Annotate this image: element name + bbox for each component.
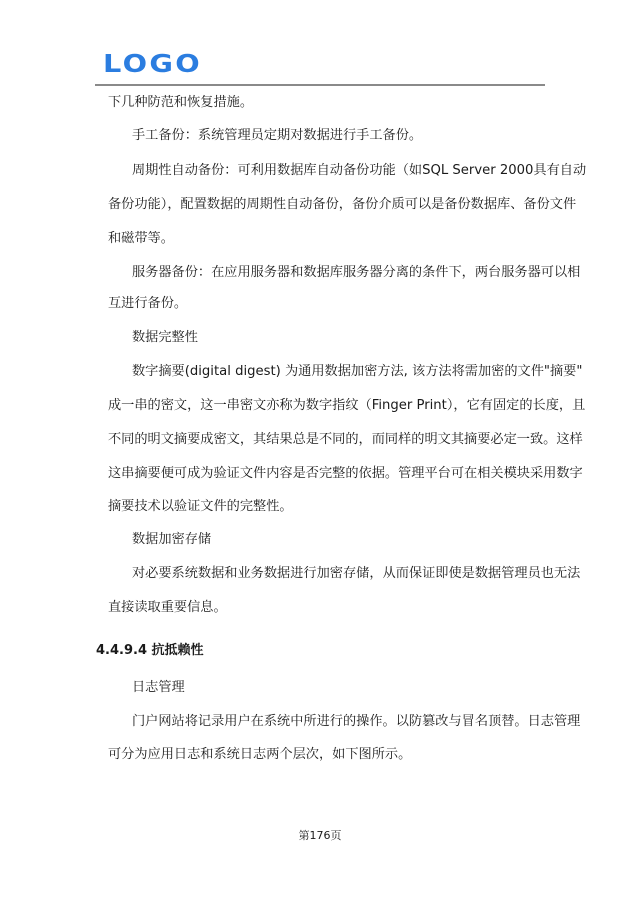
paragraph-line: 摘要技术以验证文件的完整性。 — [108, 499, 293, 515]
section-heading: 4.4.9.4 抗抵赖性 — [96, 639, 204, 658]
paragraph-line: 门户网站将记录用户在系统中所进行的操作。以防篡改与冒名顶替。日志管理 — [132, 714, 580, 730]
header-divider — [95, 84, 545, 86]
page-number: 第176页 — [0, 827, 640, 843]
paragraph-line: 服务器备份：在应用服务器和数据库服务器分离的条件下，两台服务器可以相 — [132, 265, 580, 281]
paragraph-line: 对必要系统数据和业务数据进行加密存储，从而保证即使是数据管理员也无法 — [132, 566, 580, 582]
paragraph-line: 周期性自动备份：可利用数据库自动备份功能（如SQL Server 2000具有自… — [132, 163, 586, 179]
paragraph-line: 直接读取重要信息。 — [108, 600, 227, 616]
paragraph-line: 备份功能），配置数据的周期性自动备份，备份介质可以是备份数据库、备份文件 — [108, 197, 576, 213]
subheading-log-management: 日志管理 — [132, 680, 185, 696]
subheading-data-integrity: 数据完整性 — [132, 330, 198, 346]
logo: LOGO — [103, 51, 202, 77]
paragraph-line: 这串摘要便可成为验证文件内容是否完整的依据。管理平台可在相关模块采用数字 — [108, 466, 583, 482]
paragraph-line: 数字摘要(digital digest) 为通用数据加密方法, 该方法将需加密的… — [132, 364, 582, 380]
subheading-encrypted-storage: 数据加密存储 — [132, 532, 211, 548]
paragraph-line: 下几种防范和恢复措施。 — [108, 95, 253, 111]
paragraph-line: 和磁带等。 — [108, 231, 174, 247]
paragraph-line: 可分为应用日志和系统日志两个层次，如下图所示。 — [108, 747, 411, 763]
paragraph-line: 手工备份：系统管理员定期对数据进行手工备份。 — [132, 128, 422, 144]
paragraph-line: 互进行备份。 — [108, 296, 187, 312]
paragraph-line: 不同的明文摘要成密文，其结果总是不同的，而同样的明文其摘要必定一致。这样 — [108, 432, 583, 448]
paragraph-line: 成一串的密文，这一串密文亦称为数字指纹（Finger Print），它有固定的长… — [108, 398, 585, 414]
